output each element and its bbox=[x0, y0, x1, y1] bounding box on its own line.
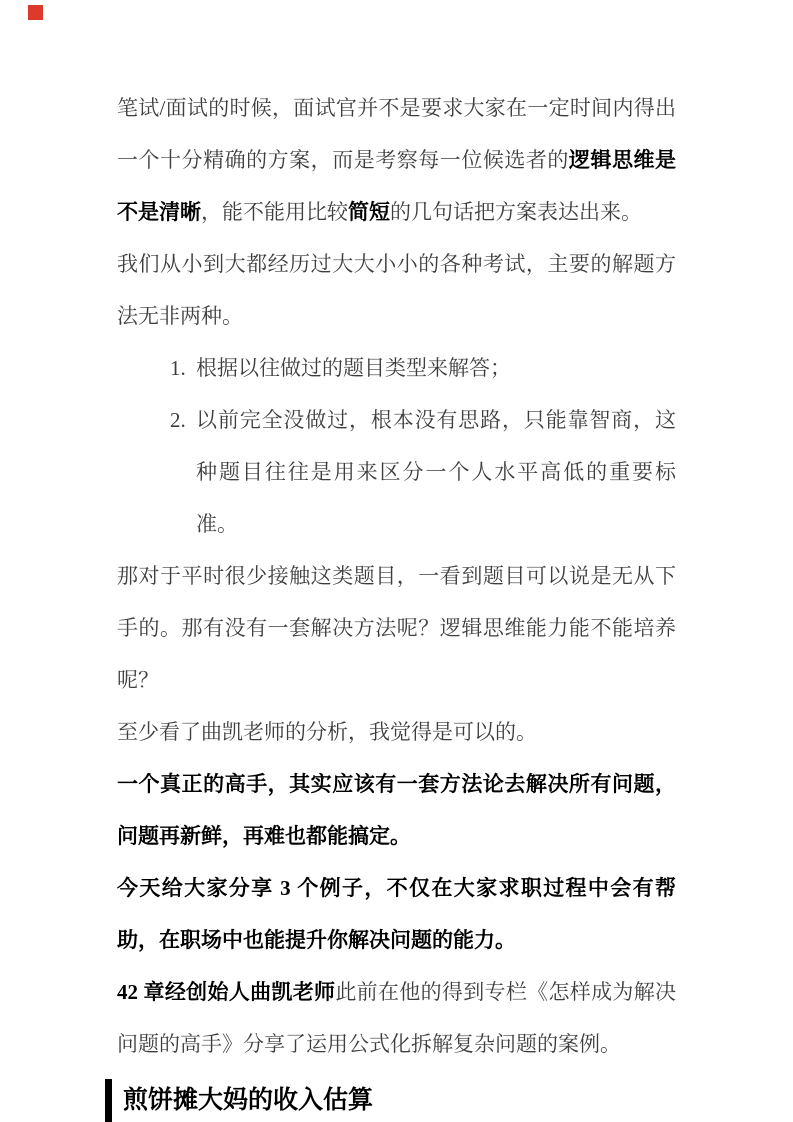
red-marker-icon bbox=[28, 5, 43, 20]
text-run-bold-qukai: 42 章经创始人曲凯老师 bbox=[117, 980, 335, 1004]
document-body: 笔试/面试的时候，面试官并不是要求大家在一定时间内得出一个十分精确的方案，而是考… bbox=[0, 0, 793, 1122]
paragraph-master-bold: 一个真正的高手，其实应该有一套方法论去解决所有问题，问题再新鲜，再难也都能搞定。 bbox=[117, 758, 676, 862]
list-item-2: 2. 以前完全没做过，根本没有思路，只能靠智商，这种题目往往是用来区分一个人水平… bbox=[170, 394, 676, 550]
paragraph-interview-intro: 笔试/面试的时候，面试官并不是要求大家在一定时间内得出一个十分精确的方案，而是考… bbox=[117, 82, 676, 238]
list-number-2: 2. bbox=[170, 394, 196, 550]
paragraph-qukai-column: 42 章经创始人曲凯老师此前在他的得到专栏《怎样成为解决问题的高手》分享了运用公… bbox=[117, 966, 676, 1070]
list-item-1-text: 根据以往做过的题目类型来解答； bbox=[196, 342, 676, 394]
ordered-list: 1. 根据以往做过的题目类型来解答； 2. 以前完全没做过，根本没有思路，只能靠… bbox=[170, 342, 676, 550]
list-item-2-text: 以前完全没做过，根本没有思路，只能靠智商，这种题目往往是用来区分一个人水平高低的… bbox=[196, 394, 676, 550]
text-run: 的几句话把方案表达出来。 bbox=[390, 200, 642, 224]
text-run-bold-brief: 简短 bbox=[348, 200, 390, 224]
paragraph-opinion: 至少看了曲凯老师的分析，我觉得是可以的。 bbox=[117, 706, 676, 758]
section-heading-pancake-income: 煎饼摊大妈的收入估算 bbox=[105, 1079, 676, 1122]
list-number-1: 1. bbox=[170, 342, 196, 394]
text-run: ，能不能用比较 bbox=[201, 200, 348, 224]
list-item-1: 1. 根据以往做过的题目类型来解答； bbox=[170, 342, 676, 394]
paragraph-exams: 我们从小到大都经历过大大小小的各种考试，主要的解题方法无非两种。 bbox=[117, 238, 676, 342]
paragraph-examples-bold: 今天给大家分享 3 个例子，不仅在大家求职过程中会有帮助，在职场中也能提升你解决… bbox=[117, 862, 676, 966]
paragraph-question: 那对于平时很少接触这类题目，一看到题目可以说是无从下手的。那有没有一套解决方法呢… bbox=[117, 550, 676, 706]
